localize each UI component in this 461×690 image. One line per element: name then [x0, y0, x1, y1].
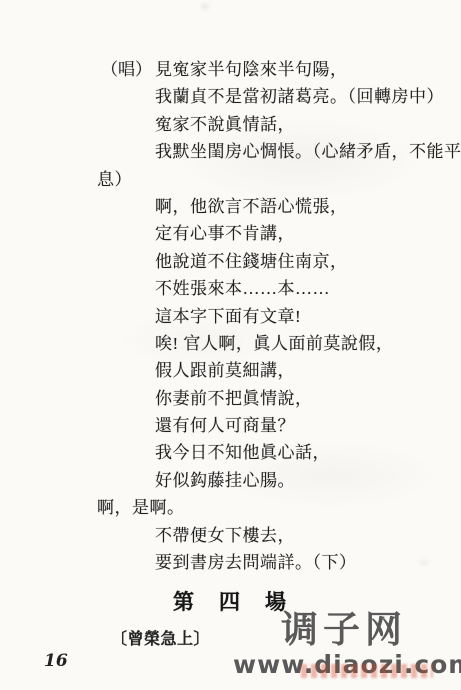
script-line: 唉! 官人啊，眞人面前莫說假，	[0, 330, 461, 357]
script-line: 他說道不住錢塘住南京，	[0, 248, 461, 275]
script-line: 我默坐閨房心惆悵。（心緒矛盾，不能平	[0, 138, 461, 165]
script-line: 我今日不知他眞心話，	[0, 439, 461, 466]
speaker-cue: （唱）	[101, 56, 155, 83]
script-line: 我蘭貞不是當初諸葛亮。（回轉房中）	[0, 83, 461, 110]
book-page: （唱）見寃家半句陰來半句陽， 我蘭貞不是當初諸葛亮。（回轉房中） 寃家不說眞情話…	[0, 0, 461, 690]
script-line: 這本字下面有文章!	[0, 303, 461, 330]
page-number: 16	[44, 651, 68, 671]
script-line: 還有何人可商量？	[0, 412, 461, 439]
script-line: 你妻前不把眞情說，	[0, 385, 461, 412]
script-line: 啊，是啊。	[0, 494, 461, 521]
scan-smudge	[202, 4, 208, 9]
faint-red-watermark-artifact	[301, 664, 433, 678]
script-line: 息）	[0, 166, 461, 193]
script-line: 好似鈎藤挂心腸。	[0, 467, 461, 494]
script-line: 寃家不說眞情話，	[0, 111, 461, 138]
script-line: 要到書房去問端詳。（下）	[0, 549, 461, 576]
script-line: 不姓張來本……本……	[0, 275, 461, 302]
script-line: 假人跟前莫細講，	[0, 357, 461, 384]
script-line: 定有心事不肯講，	[0, 220, 461, 247]
stage-direction: 〔曾榮急上〕	[111, 626, 210, 649]
script-line: （唱）見寃家半句陰來半句陽，	[0, 56, 461, 83]
script-line-text: 見寃家半句陰來半句陽，	[155, 60, 348, 79]
script-line: 不帶便女下樓去，	[0, 522, 461, 549]
script-block: （唱）見寃家半句陰來半句陽， 我蘭貞不是當初諸葛亮。（回轉房中） 寃家不說眞情話…	[0, 56, 461, 576]
script-line: 啊，他欲言不語心慌張，	[0, 193, 461, 220]
watermark-site-name: 调子网	[233, 608, 455, 651]
